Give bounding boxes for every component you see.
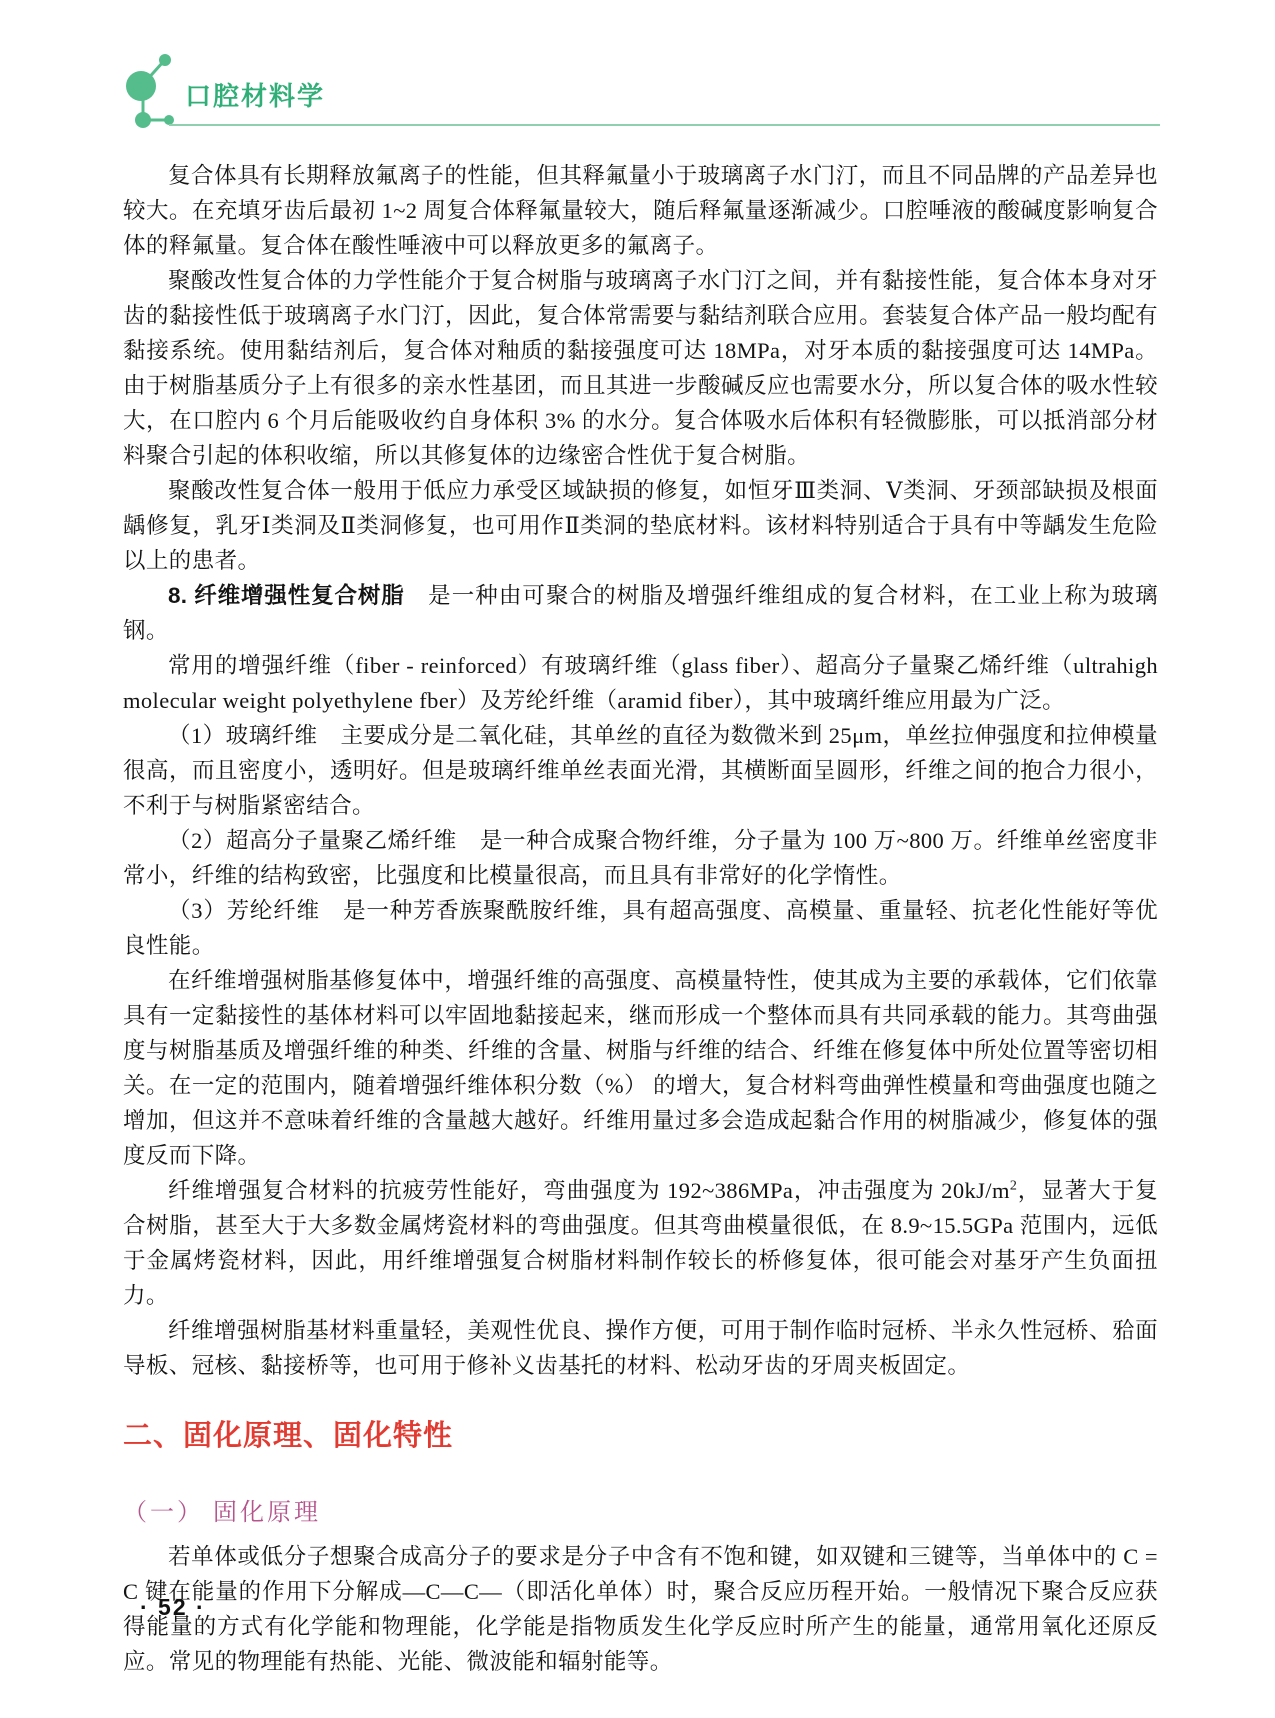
paragraph: 复合体具有长期释放氟离子的性能，但其释氟量小于玻璃离子水门汀，而且不同品牌的产品…	[123, 158, 1158, 263]
paragraph: 聚酸改性复合体一般用于低应力承受区域缺损的修复，如恒牙Ⅲ类洞、Ⅴ类洞、牙颈部缺损…	[123, 473, 1158, 578]
page: 口腔材料学 复合体具有长期释放氟离子的性能，但其释氟量小于玻璃离子水门汀，而且不…	[0, 0, 1275, 1718]
page-number: · 52 ·	[140, 1594, 206, 1621]
paragraph: 纤维增强复合材料的抗疲劳性能好，弯曲强度为 192~386MPa，冲击强度为 2…	[123, 1173, 1158, 1313]
paragraph: 8. 纤维增强性复合树脂 是一种由可聚合的树脂及增强纤维组成的复合材料，在工业上…	[123, 578, 1158, 648]
paragraph: （2）超高分子量聚乙烯纤维 是一种合成聚合物纤维，分子量为 100 万~800 …	[123, 823, 1158, 893]
paragraph: 若单体或低分子想聚合成高分子的要求是分子中含有不饱和键，如双键和三键等，当单体中…	[123, 1539, 1158, 1679]
paragraph: （3）芳纶纤维 是一种芳香族聚酰胺纤维，具有超高强度、高模量、重量轻、抗老化性能…	[123, 893, 1158, 963]
header-divider	[169, 124, 1160, 126]
content: 复合体具有长期释放氟离子的性能，但其释氟量小于玻璃离子水门汀，而且不同品牌的产品…	[123, 158, 1158, 1679]
molecule-logo-icon	[119, 50, 177, 130]
book-title: 口腔材料学	[185, 76, 325, 113]
paragraph: 纤维增强树脂基材料重量轻，美观性优良、操作方便，可用于制作临时冠桥、半永久性冠桥…	[123, 1313, 1158, 1383]
section-heading: 二、固化原理、固化特性	[123, 1413, 1158, 1454]
page-header: 口腔材料学	[123, 50, 1158, 130]
subsection-heading: （一） 固化原理	[123, 1492, 1158, 1527]
paragraph: 聚酸改性复合体的力学性能介于复合树脂与玻璃离子水门汀之间，并有黏接性能，复合体本…	[123, 263, 1158, 473]
paragraph: （1）玻璃纤维 主要成分是二氧化硅，其单丝的直径为数微米到 25μm，单丝拉伸强…	[123, 718, 1158, 823]
paragraph: 常用的增强纤维（fiber - reinforced）有玻璃纤维（glass f…	[123, 648, 1158, 718]
paragraph: 在纤维增强树脂基修复体中，增强纤维的高强度、高模量特性，使其成为主要的承载体，它…	[123, 963, 1158, 1173]
